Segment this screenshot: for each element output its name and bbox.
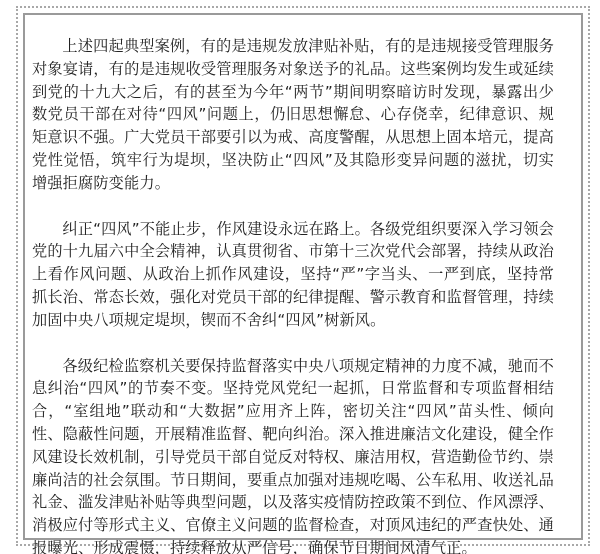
paragraph-rectify-four-winds: 纠正“四风”不能止步，作风建设永远在路上。各级党组织要深入学习领会党的十九届六中… [32,218,554,332]
paragraph-spacer [32,332,554,355]
paragraph-typical-cases: 上述四起典型案例，有的是违规发放津贴补贴，有的是违规接受管理服务对象宴请，有的是… [32,35,554,195]
paragraph-supervision-organs: 各级纪检监察机关要保持监督落实中央八项规定精神的力度不减，驰而不息纠治“四风”的… [32,355,554,554]
article-body: 上述四起典型案例，有的是违规发放津贴补贴，有的是违规接受管理服务对象宴请，有的是… [32,35,554,554]
paragraph-spacer [32,195,554,218]
